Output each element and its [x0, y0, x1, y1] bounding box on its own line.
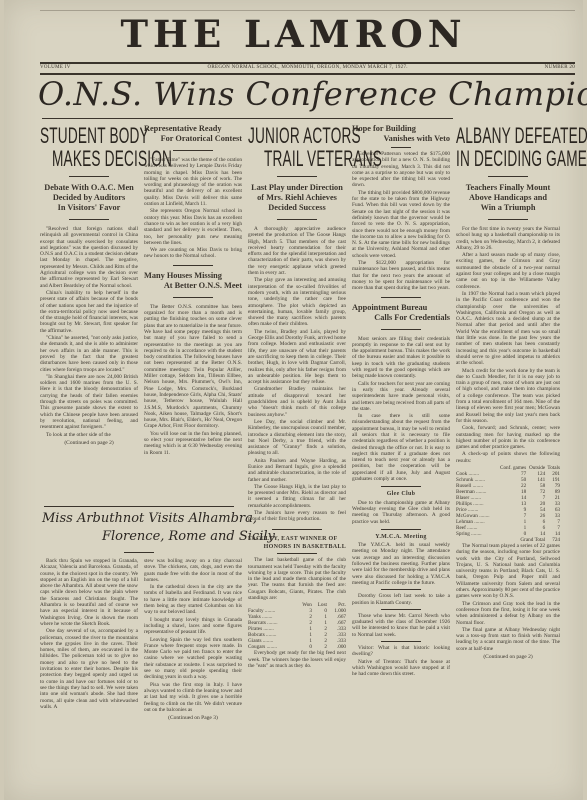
paragraph: In 1907 the Normal had a team which play…	[456, 291, 560, 367]
headline-line: HONORS IN BASKETBALL	[248, 544, 346, 550]
paragraph: The Crimson and Gray took the lead in th…	[456, 601, 560, 626]
paragraph: Back thru Spain we stopped in Granada, A…	[40, 558, 138, 627]
points-table: Conf. gamesOutsideTotals Cook ........77…	[456, 465, 560, 543]
paragraph: "Resolved that foreign nations shall rel…	[40, 226, 138, 289]
article-junior: JUNIOR ACTORS TRAIL VETERANS Last Play u…	[248, 124, 346, 670]
paragraph: "In Shanghai there are now 24,000 Britis…	[40, 374, 138, 431]
section-rule	[44, 506, 234, 507]
banner-headline: O.N.S. Wins Conference Championship	[38, 74, 565, 114]
paragraph: She represents Oregon Normal school in o…	[144, 208, 242, 246]
paragraph: The Normal team played a series of 22 ga…	[456, 543, 560, 600]
paragraph: The play gave an interesting and amusing…	[248, 277, 346, 327]
paragraph: Most seniors are filling their credentia…	[352, 336, 450, 380]
paragraph: I bought many lovely things in Granada i…	[144, 617, 242, 636]
paragraph: The Y.M.C.A. held its usual weekly meeti…	[352, 542, 450, 586]
paragraph: Much credit for the work done by the tea…	[456, 368, 560, 425]
banner-rule	[42, 118, 453, 119]
brief: Those who knew Mr. Carrol Newth who grad…	[352, 613, 450, 638]
paragraph: "China" he asserted, "not only asks just…	[40, 335, 138, 373]
paragraph: Grandmother Bradley maintains her attitu…	[248, 386, 346, 417]
paragraph: Cook, forward; and Schrunk, center; were…	[456, 425, 560, 450]
headline-line: STUDENT BODY	[40, 124, 101, 147]
brief: Dorothy Gross left last week to take a p…	[352, 593, 450, 606]
paragraph: Leaving Spain the way led thru southern …	[144, 637, 242, 681]
headline-line: IN DECIDING GAME	[456, 147, 520, 170]
masthead-rule	[40, 62, 575, 64]
headline-line: For Oratorical Contest	[144, 134, 242, 144]
headline-line: Miss Arbuthnot Visits Alhambra,	[42, 510, 257, 527]
paragraph: The last basketball game of the club tou…	[248, 557, 346, 601]
deck-line: Last Play under Direction	[248, 183, 346, 193]
paragraph: You will lose out in the fun being plann…	[144, 431, 242, 456]
deck-line: Decided by Auditors	[40, 193, 138, 203]
newspaper-page: THE LAMRON VOLUME IV OREGON NORMAL SCHOO…	[4, 0, 583, 800]
paragraph: Due to the championship game at Albany W…	[352, 500, 450, 525]
paragraph: stew was boiling away on a tiny charcoal…	[144, 558, 242, 583]
brief: Visitor: What is that historic looking d…	[352, 645, 450, 658]
paragraph: In case there is still some misunderstan…	[352, 413, 450, 482]
article-debate: STUDENT BODY MAKES DECISION Debate With …	[40, 124, 138, 446]
headline-line: Hope for Building	[352, 124, 450, 134]
deck-line: Above Handicaps and	[456, 193, 560, 203]
headline-line: Appointment Bureau	[352, 303, 450, 313]
continued-link[interactable]: (Continued on Page 3)	[144, 715, 242, 721]
article-veto: Hope for Building Vanishes with Veto Gov…	[352, 124, 450, 678]
paragraph: The twins, Bradley and Lois, played by G…	[248, 329, 346, 386]
ymca-headline: Y.M.C.A. Meeting	[352, 534, 450, 540]
continued-link[interactable]: (Continued on page 2)	[456, 654, 560, 660]
paragraph: To look at the other side of the	[40, 432, 138, 438]
headline-line: At Better O.N.S. Meet	[144, 281, 242, 291]
headline-line: Many Houses Missing	[144, 271, 242, 281]
paragraph: The Goose Hangs High, is the last play t…	[248, 484, 346, 509]
deck-line: Decided Success	[248, 203, 346, 213]
paragraph: Pisa was the first stop in Italy. I have…	[144, 682, 242, 713]
paragraph: In the cathedral down in the city are th…	[144, 584, 242, 615]
deck-line: of Mrs. Riehl Achieves	[248, 193, 346, 203]
paragraph: The Juniors have every reason to feel pr…	[248, 510, 346, 523]
article-arbuthnot-col2: stew was boiling away on a tiny charcoal…	[144, 558, 242, 721]
top-rule	[40, 10, 575, 11]
headline-line: Representative Ready	[144, 124, 242, 134]
paragraph: For the first time in twenty years the N…	[456, 226, 560, 251]
paragraph: The Better O.N.S. committee has been org…	[144, 304, 242, 430]
paragraph: China's inability to help herself in the…	[40, 290, 138, 334]
glee-club-headline: Glee Club	[352, 491, 450, 497]
brief: Native of Trenton: That's the house at w…	[352, 659, 450, 678]
masthead-title: THE LAMRON	[4, 14, 583, 54]
deck-line: In Visitors' Favor	[40, 203, 138, 213]
paragraph: A thoroughly appreciative audience greet…	[248, 226, 346, 276]
paragraph: Anita Paulsen and Wayne Harding, as Euni…	[248, 458, 346, 483]
paragraph: The $122,000 appropriation for maintenan…	[352, 260, 450, 291]
deck-line: Win a Triumph	[456, 203, 560, 213]
article-albany: ALBANY DEFEATED IN DECIDING GAME Teacher…	[456, 124, 560, 660]
deck-line: Teachers Finally Mount	[456, 183, 560, 193]
paragraph: Calls for teachers for next year are com…	[352, 381, 450, 412]
paragraph: A check-up of points shows the following…	[456, 451, 560, 464]
article-arbuthnot-col1: Back thru Spain we stopped in Granada, A…	[40, 558, 138, 711]
paragraph: After a hard season made up of many clos…	[456, 252, 560, 290]
deck-line: Debate With O.A.C. Men	[40, 183, 138, 193]
paragraph: Governor Patterson vetoed the $175,000 a…	[352, 151, 450, 189]
headline-line: Calls For Credentials	[352, 313, 450, 323]
paragraph: The final game at Albany Wednesday night…	[456, 627, 560, 652]
paragraph: Everybody get ready for the big feed nex…	[248, 650, 346, 669]
headline-line: JUNIOR ACTORS	[248, 124, 309, 147]
headline-line: ALBANY DEFEATED	[456, 124, 520, 147]
club-standings-table: WonLostPct. Faculty ........301.000Yanks…	[248, 602, 346, 650]
headline-line: MAKES DECISION	[52, 147, 105, 170]
paragraph: Lee Day, the social climber and Mr. Kimb…	[248, 419, 346, 457]
headline-line: Vanishes with Veto	[352, 134, 450, 144]
paragraph: One day several of us, accompanied by a …	[40, 628, 138, 710]
article-oratorical: Representative Ready For Oratorical Cont…	[144, 124, 242, 457]
continued-link[interactable]: (Continued on page 2)	[40, 440, 138, 446]
paragraph: The tithing bill provided $800,000 reven…	[352, 190, 450, 259]
separator	[124, 552, 154, 553]
paragraph: We are counting on Miss Davis to bring n…	[144, 247, 242, 260]
paragraph: "Father Time" was the theme of the orati…	[144, 157, 242, 207]
headline-line: TRAIL VETERANS	[264, 147, 315, 170]
headline-line: FACULTY, EAST WINNER OF	[248, 536, 346, 542]
